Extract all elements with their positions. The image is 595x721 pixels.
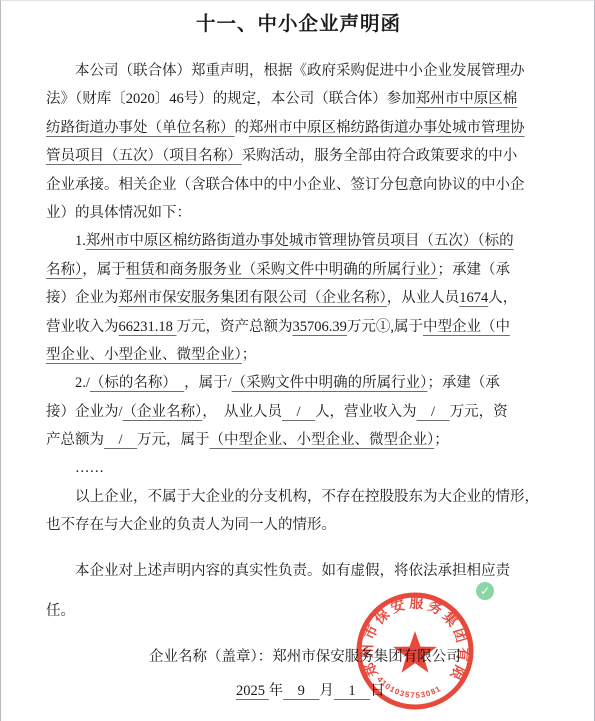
text-segment: 本企业对上述声明内容的真实性负责。如有虚假，将依法承担相应责 xyxy=(46,563,510,579)
text-segment: 万元，属于 xyxy=(137,432,210,448)
text-line: 本企业对上述声明内容的真实性负责。如有虚假，将依法承担相应责 xyxy=(46,557,551,585)
text-segment: 月 xyxy=(319,683,334,699)
signature-date-line: 2025 年 9 月 1 日 xyxy=(236,677,551,705)
paragraph-no-affiliation: 以上企业，不属于大企业的分支机构，不存在控股股东为大企业的情形，也不存在与大企业… xyxy=(46,483,551,540)
underlined-field: （采购文件中明确的所属行业） xyxy=(232,375,428,391)
signature-company-line: 企业名称（盖章）：郑州市保安服务集团有限公司 xyxy=(149,643,551,671)
underlined-field: （中型企业、小型企业、微型企业） xyxy=(210,432,435,448)
underlined-field: （标的名称） xyxy=(90,375,184,391)
document-body: 本公司（联合体）郑重声明，根据《政府采购促进中小企业发展管理办法》（财库〔202… xyxy=(46,57,551,625)
underlined-field: 2025 xyxy=(236,683,269,699)
document-content: 十一、中小企业声明函 本公司（联合体）郑重声明，根据《政府采购促进中小企业发展管… xyxy=(1,1,594,706)
text-segment: 日 xyxy=(370,683,385,699)
paragraph-ellipsis: …… xyxy=(46,454,551,482)
text-line: 2./（标的名称） ，属于/（采购文件中明确的所属行业）；承建（承 xyxy=(46,369,551,397)
text-segment: 接）企业为/ xyxy=(46,404,123,420)
underlined-field: （企业名称） xyxy=(123,404,203,420)
underlined-field: 租赁和商务服务业（采购文件中明确的所属行业） xyxy=(126,262,438,278)
text-segment: 企业承接。相关企业（含联合体中的中小企业、签订分包意向协议的中小企 xyxy=(46,177,525,193)
text-line: 也不存在与大企业的负责人为同一人的情形。 xyxy=(46,511,551,539)
text-segment: ；承建（承 xyxy=(427,375,500,391)
underlined-field: / xyxy=(104,432,137,448)
text-segment: …… xyxy=(46,460,104,476)
underlined-field: 郑州市中原区棉 xyxy=(416,91,518,107)
paragraph-intro: 本公司（联合体）郑重声明，根据《政府采购促进中小企业发展管理办法》（财库〔202… xyxy=(46,57,551,227)
underlined-field: 9 xyxy=(283,683,319,699)
text-segment: 万元，资 xyxy=(450,404,508,420)
text-segment: 任。 xyxy=(46,603,75,619)
text-segment: 的 xyxy=(235,120,250,136)
underlined-field: 名称） xyxy=(46,262,82,278)
paragraph-item1: 1.郑州市中原区棉纺路街道办事处城市管理协管员项目（五次）（标的名称），属于租赁… xyxy=(46,227,551,369)
text-segment: 万元，资产总额为 xyxy=(177,319,293,335)
text-line: 营业收入为66231.18 万元，资产总额为35706.39万元①,属于中型企业… xyxy=(46,313,551,341)
text-line: 1.郑州市中原区棉纺路街道办事处城市管理协管员项目（五次）（标的 xyxy=(46,227,551,255)
underlined-field: 管员项目（五次）（项目名称） xyxy=(46,148,242,164)
text-line: 本公司（联合体）郑重声明，根据《政府采购促进中小企业发展管理办 xyxy=(46,57,551,85)
text-line: 型企业、小型企业、微型企业）； xyxy=(46,341,551,369)
check-icon[interactable]: ✓ xyxy=(476,582,494,600)
paragraph-item2: 2./（标的名称） ，属于/（采购文件中明确的所属行业）；承建（承接）企业为/（… xyxy=(46,369,551,454)
text-line: 接）企业为郑州市保安服务集团有限公司（企业名称），从业人员1674人， xyxy=(46,284,551,312)
underlined-field: 郑州市保安服务集团有限公司（企业名称） xyxy=(119,290,387,306)
text-line: 企业承接。相关企业（含联合体中的中小企业、签订分包意向协议的中小企 xyxy=(46,171,551,199)
underlined-field: 郑州市中原区棉纺路街道办事处城市管理协管员项目（五次）（标的 xyxy=(86,233,514,249)
underlined-field: / xyxy=(282,404,315,420)
text-segment: 接）企业为 xyxy=(46,290,119,306)
underlined-field: 66231.18 xyxy=(119,319,177,335)
text-line: 接）企业为/（企业名称）， 从业人员 / 人，营业收入为 / 万元，资 xyxy=(46,398,551,426)
text-line: 法》（财库〔2020〕46号）的规定，本公司（联合体）参加郑州市中原区棉 xyxy=(46,85,551,113)
text-segment: 人，营业收入为 xyxy=(315,404,417,420)
text-line: 任。 xyxy=(46,597,551,625)
text-segment: 人， xyxy=(488,290,517,306)
underlined-field: 1 xyxy=(334,683,370,699)
text-segment: 也不存在与大企业的负责人为同一人的情形。 xyxy=(46,517,336,533)
underlined-field: 郑州市中原区棉纺路街道办事处城市管理协 xyxy=(249,120,525,136)
text-segment: ， 从业人员 xyxy=(202,404,282,420)
text-segment: ；承建（承 xyxy=(438,262,511,278)
text-segment: 营业收入为 xyxy=(46,319,119,335)
text-segment: ； xyxy=(434,432,449,448)
text-line: 纺路街道办事处（单位名称）的郑州市中原区棉纺路街道办事处城市管理协 xyxy=(46,114,551,142)
underlined-field: 中型企业（中 xyxy=(423,319,510,335)
text-segment: ，属于/ xyxy=(184,375,232,391)
underlined-field: 35706.39 xyxy=(293,319,347,335)
text-segment: 2./ xyxy=(46,375,90,391)
text-segment: 万元①,属于 xyxy=(347,319,423,335)
text-line: 名称），属于租赁和商务服务业（采购文件中明确的所属行业）；承建（承 xyxy=(46,256,551,284)
text-segment: 产总额为 xyxy=(46,432,104,448)
text-segment: 法》（财库〔2020〕46号）的规定，本公司（联合体）参加 xyxy=(46,91,416,107)
text-line: 产总额为 / 万元，属于（中型企业、小型企业、微型企业）； xyxy=(46,426,551,454)
text-segment: 以上企业，不属于大企业的分支机构，不存在控股股东为大企业的情形， xyxy=(46,489,539,505)
text-line: …… xyxy=(46,454,551,482)
text-line: 管员项目（五次）（项目名称）采购活动，服务全部由符合政策要求的中小 xyxy=(46,142,551,170)
text-segment: ； xyxy=(242,347,257,363)
text-segment: 年 xyxy=(269,683,284,699)
text-segment: 采购活动，服务全部由符合政策要求的中小 xyxy=(242,148,518,164)
document-title: 十一、中小企业声明函 xyxy=(46,14,551,35)
text-segment: ，属于 xyxy=(82,262,126,278)
text-line: 以上企业，不属于大企业的分支机构，不存在控股股东为大企业的情形， xyxy=(46,483,551,511)
text-segment: 企业名称（盖章）：郑州市保安服务集团有限公司 xyxy=(149,649,461,665)
declaration-document: 十一、中小企业声明函 本公司（联合体）郑重声明，根据《政府采购促进中小企业发展管… xyxy=(0,0,595,721)
underlined-field: 1674 xyxy=(459,290,488,306)
text-segment: ，从业人员 xyxy=(387,290,460,306)
text-segment: 业）的具体情况如下： xyxy=(46,205,191,221)
underlined-field: 型企业、小型企业、微型企业） xyxy=(46,347,242,363)
text-segment: 本公司（联合体）郑重声明，根据《政府采购促进中小企业发展管理办 xyxy=(46,63,525,79)
text-segment: 1. xyxy=(46,233,86,249)
underlined-field: / xyxy=(417,404,450,420)
text-line: 业）的具体情况如下： xyxy=(46,199,551,227)
underlined-field: 纺路街道办事处（单位名称） xyxy=(46,120,235,136)
